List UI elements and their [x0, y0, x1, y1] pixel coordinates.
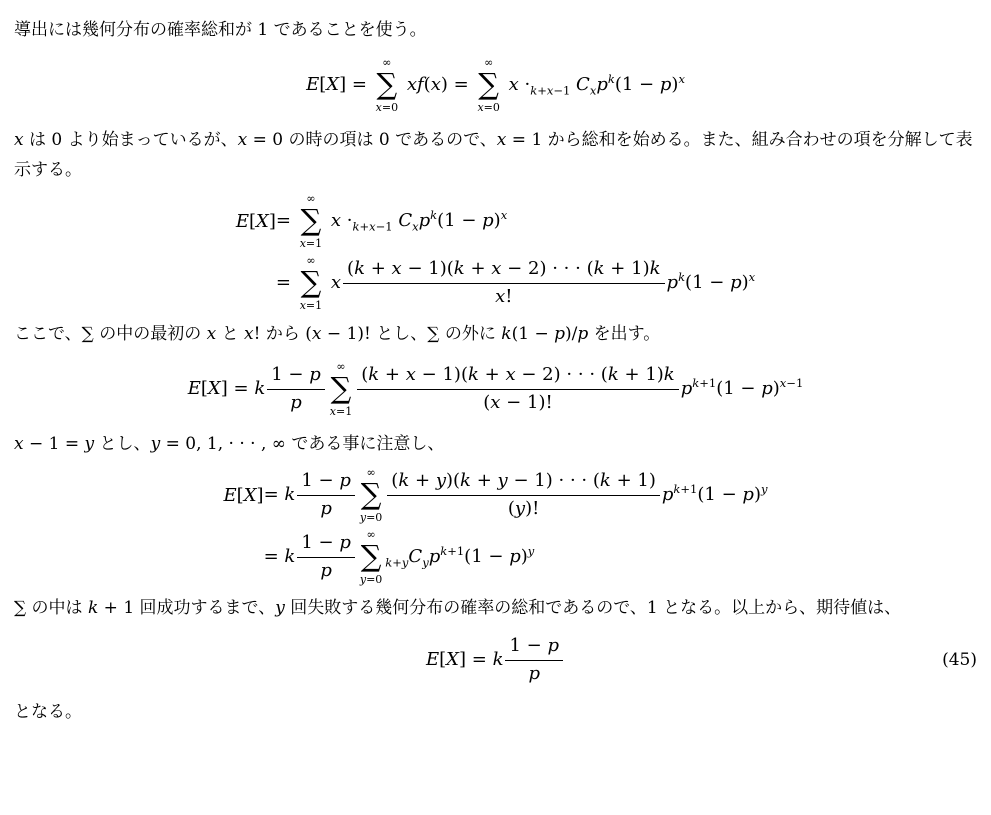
- inline-math: ∑: [82, 324, 94, 344]
- math-run: (1 − p): [685, 272, 749, 293]
- math-run: C: [393, 210, 413, 231]
- text-run: の中の最初の: [94, 324, 207, 344]
- numerator: 1 − p: [505, 635, 563, 660]
- superscript: x: [678, 72, 685, 86]
- subscript: k+x−1: [530, 84, 570, 98]
- superscript: x: [749, 270, 756, 284]
- sigma-symbol: ∑: [377, 70, 398, 99]
- text-run: の外に: [439, 324, 501, 344]
- inline-math: x!: [244, 324, 260, 344]
- superscript: y: [761, 482, 768, 496]
- sum-lower-limit: x=0: [477, 102, 499, 113]
- inline-math: y = 0, 1, · · · , ∞: [151, 434, 286, 454]
- summation: ∞∑x=1: [300, 193, 322, 249]
- sigma-symbol: ∑: [361, 480, 382, 509]
- math-line: E[X] = k1 − pp: [426, 635, 565, 685]
- math-run: E[X]: [236, 211, 276, 232]
- numerator: 1 − p: [297, 532, 355, 557]
- fraction: (k + x − 1)(k + x − 2) · · · (k + 1)kx!: [343, 258, 665, 308]
- math-run: C: [408, 546, 422, 567]
- math-run: E[X] = k: [426, 649, 504, 670]
- subscript: k+x−1: [353, 220, 393, 234]
- math-run: x: [325, 272, 341, 293]
- inline-math: ∑: [427, 324, 439, 344]
- inline-math: k(1 − p)/p: [501, 324, 588, 344]
- superscript: k: [608, 72, 615, 86]
- summation: ∞∑x=1: [330, 361, 352, 417]
- math-line: E[X] = ∞∑x=0 xf(x) = ∞∑x=0 x ·k+x−1 Cxpk…: [306, 57, 685, 113]
- numerator: (k + y)(k + y − 1) · · · (k + 1): [387, 470, 660, 495]
- text-run: となる。: [14, 702, 82, 722]
- sigma-symbol: ∑: [301, 268, 322, 297]
- summation: ∞∑x=0: [477, 57, 499, 113]
- math-run: p: [681, 378, 693, 399]
- paragraph-conclusion: となる。: [14, 697, 977, 727]
- text-run: の中は: [26, 598, 88, 618]
- equation-number: (45): [942, 650, 977, 670]
- math-run: p: [596, 74, 608, 95]
- document-page: 導出には幾何分布の確率総和が 1 であることを使う。 E[X] = ∞∑x=0 …: [0, 0, 991, 815]
- text-run: ここで、: [14, 324, 82, 344]
- math-line-lhs: E[X]: [236, 211, 276, 232]
- equation-final-result: E[X] = k1 − pp (45): [14, 635, 977, 685]
- inline-math: x = 1: [497, 130, 542, 150]
- equation-block-decompose: E[X] = ∞∑x=1 x ·k+x−1 Cxpk(1 − p)x = ∞∑x…: [236, 193, 755, 311]
- paragraph-sum-start: x は 0 より始まっているが、x = 0 の時の項は 0 であるので、x = …: [14, 125, 977, 185]
- math-run: p: [662, 484, 674, 505]
- math-run: (1 − p): [716, 378, 780, 399]
- inline-math: (x − 1)!: [305, 324, 371, 344]
- math-line-rhs: = k1 − pp∞∑y=0k+yCypk+1(1 − p)y: [264, 529, 535, 585]
- math-run: E[X]: [224, 485, 264, 506]
- inline-math: x = 0: [238, 130, 283, 150]
- denominator: p: [505, 660, 563, 686]
- superscript: k+1: [673, 482, 697, 496]
- math-run: C: [570, 74, 590, 95]
- math-line-lhs: E[X]: [224, 485, 264, 506]
- summation: ∞∑x=0: [376, 57, 398, 113]
- sum-lower-limit: x=1: [300, 238, 322, 249]
- fraction: 1 − pp: [267, 364, 325, 414]
- numerator: 1 − p: [267, 364, 325, 389]
- summation: ∞∑y=0: [360, 467, 382, 523]
- denominator: x!: [343, 283, 665, 309]
- sigma-symbol: ∑: [301, 206, 322, 235]
- superscript: x: [501, 208, 508, 222]
- superscript: k+1: [692, 376, 716, 390]
- math-run: (1 − p): [615, 74, 679, 95]
- text-run: 回成功するまで、: [134, 598, 275, 618]
- inline-math: x: [14, 130, 24, 150]
- text-run: 導出には幾何分布の確率総和が 1 であることを使う。: [14, 20, 427, 40]
- math-run: x ·: [325, 210, 352, 231]
- sum-lower-limit: x=1: [300, 300, 322, 311]
- math-run: E[X] = k: [188, 378, 266, 399]
- sum-lower-limit: x=1: [330, 406, 352, 417]
- text-run: とし、: [371, 324, 427, 344]
- math-run: (1 − p): [464, 546, 528, 567]
- fraction: (k + y)(k + y − 1) · · · (k + 1)(y)!: [387, 470, 660, 520]
- numerator: (k + x − 1)(k + x − 2) · · · (k + 1)k: [343, 258, 665, 283]
- math-line: E[X] = k1 − pp∞∑x=1(k + x − 1)(k + x − 2…: [188, 361, 804, 417]
- inline-math: x − 1 = y: [14, 434, 94, 454]
- sum-lower-limit: x=0: [376, 102, 398, 113]
- denominator: p: [297, 557, 355, 583]
- paragraph-factor-out: ここで、∑ の中の最初の x と x! から (x − 1)! とし、∑ の外に…: [14, 319, 977, 349]
- superscript: x−1: [780, 376, 803, 390]
- equation-factored: E[X] = k1 − pp∞∑x=1(k + x − 1)(k + x − 2…: [14, 361, 977, 417]
- math-line-rhs: = ∞∑x=1 x ·k+x−1 Cxpk(1 − p)x: [276, 193, 507, 249]
- text-run: である事に注意し、: [286, 434, 444, 454]
- math-run: p: [667, 272, 679, 293]
- math-run: =: [276, 210, 297, 231]
- math-line-rhs: = ∞∑x=1 x(k + x − 1)(k + x − 2) · · · (k…: [276, 255, 755, 311]
- text-run: は 0 より始まっているが、: [24, 130, 238, 150]
- summation: ∞∑y=0: [360, 529, 382, 585]
- math-run: (1 − p): [697, 484, 761, 505]
- fraction: 1 − pp: [297, 532, 355, 582]
- sum-lower-limit: y=0: [360, 512, 382, 523]
- math-run: p: [429, 546, 441, 567]
- paragraph-intro: 導出には幾何分布の確率総和が 1 であることを使う。: [14, 15, 977, 45]
- numerator: 1 − p: [297, 470, 355, 495]
- paragraph-substitution: x − 1 = y とし、y = 0, 1, · · · , ∞ である事に注意…: [14, 429, 977, 459]
- fraction: 1 − pp: [297, 470, 355, 520]
- sigma-symbol: ∑: [331, 374, 352, 403]
- sigma-symbol: ∑: [361, 542, 382, 571]
- superscript: k: [678, 270, 685, 284]
- superscript: k+1: [440, 544, 464, 558]
- fraction: 1 − pp: [505, 635, 563, 685]
- denominator: (x − 1)!: [357, 389, 679, 415]
- text-run: 回失敗する幾何分布の確率の総和であるので、1 となる。以上から、期待値は、: [285, 598, 901, 618]
- superscript: y: [528, 544, 535, 558]
- denominator: p: [267, 389, 325, 415]
- subscript: k+y: [385, 556, 408, 570]
- math-run: = k: [264, 484, 296, 505]
- sum-lower-limit: y=0: [360, 574, 382, 585]
- fraction: (k + x − 1)(k + x − 2) · · · (k + 1)k(x …: [357, 364, 679, 414]
- inline-math: x: [207, 324, 217, 344]
- paragraph-geometric-sum: ∑ の中は k + 1 回成功するまで、y 回失敗する幾何分布の確率の総和である…: [14, 593, 977, 623]
- text-run: とし、: [94, 434, 150, 454]
- denominator: p: [297, 495, 355, 521]
- summation: ∞∑x=1: [300, 255, 322, 311]
- denominator: (y)!: [387, 495, 660, 521]
- inline-math: k + 1: [88, 598, 134, 618]
- sigma-symbol: ∑: [478, 70, 499, 99]
- math-run: =: [276, 272, 297, 293]
- math-run: xf(x) =: [401, 74, 474, 95]
- text-run: から: [260, 324, 305, 344]
- inline-math: ∑: [14, 598, 26, 618]
- math-run: x ·: [503, 74, 530, 95]
- math-run: E[X] =: [306, 74, 373, 95]
- text-run: の時の項は 0 であるので、: [283, 130, 497, 150]
- text-run: を出す。: [588, 324, 660, 344]
- equation-block-substituted: E[X] = k1 − pp∞∑y=0(k + y)(k + y − 1) · …: [224, 467, 768, 585]
- math-run: (1 − p): [437, 210, 501, 231]
- math-run: = k: [264, 546, 296, 567]
- text-run: と: [216, 324, 244, 344]
- equation-expectation-definition: E[X] = ∞∑x=0 xf(x) = ∞∑x=0 x ·k+x−1 Cxpk…: [14, 57, 977, 113]
- inline-math: y: [275, 598, 285, 618]
- math-run: p: [419, 210, 431, 231]
- math-line-rhs: = k1 − pp∞∑y=0(k + y)(k + y − 1) · · · (…: [264, 467, 768, 523]
- numerator: (k + x − 1)(k + x − 2) · · · (k + 1)k: [357, 364, 679, 389]
